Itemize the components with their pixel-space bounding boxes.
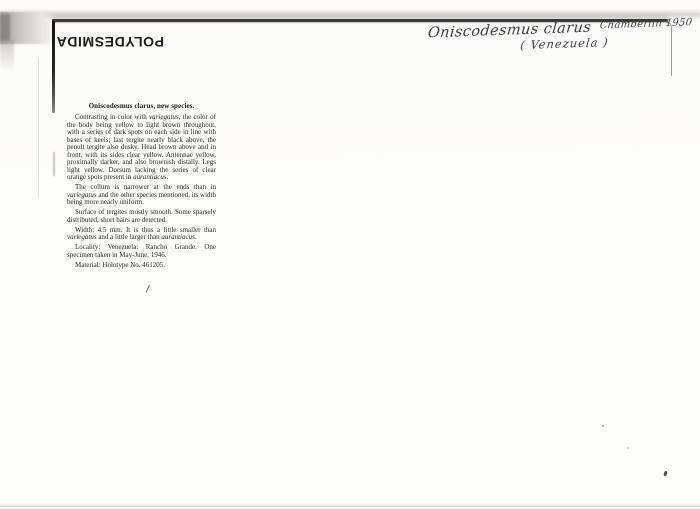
page-bottom-edge-shadow [0,503,700,507]
article-paragraph: Material: Holotype No. 461205. [67,262,216,270]
article-paragraph: Contrasting in color with variegatus, th… [67,114,216,182]
paragraph-text: . [167,173,169,181]
article-body: Contrasting in color with variegatus, th… [67,114,216,269]
article-heading: Oniscodesmus clarus, new species. [67,102,216,110]
left-margin-line [52,21,55,113]
scan-speck [602,425,604,427]
species-name-italic: aurantiacus [133,173,166,181]
top-left-corner-shadow-tail [0,40,14,72]
article-paragraph: Surface of tergites mostly smooth. Some … [67,209,216,224]
species-name-italic: aurantiacus [161,233,194,241]
top-left-corner-shadow-core [0,14,10,41]
scan-speck [663,471,667,477]
scan-speck [627,447,629,449]
paragraph-text: and a little larger than [97,233,162,241]
species-name-italic: variegatus [67,233,97,241]
left-margin-line-faint [53,152,55,176]
article-paragraph: Width: 4.5 mm. It is thus a little small… [67,227,216,242]
handwritten-author-year: Chamberlin 1950 [600,17,694,31]
species-description-article: Oniscodesmus clarus, new species. Contra… [67,102,216,272]
article-paragraph: Locality: Venezuela: Rancho Grande. One … [67,244,216,259]
paragraph-text: Material: Holotype No. 461205. [75,261,165,269]
journal-header-stamp: POLYDESMIDA [56,34,164,50]
paragraph-text: Locality: Venezuela: Rancho Grande. One … [67,243,216,259]
page-left-edge-line [38,58,39,198]
article-paragraph: The collum is narrower at the ends than … [67,184,216,207]
paragraph-text: . [195,233,197,241]
scanned-page: POLYDESMIDA Oniscodesmus clarus Chamberl… [0,0,700,509]
paragraph-text: , the color of the body being yellow to … [67,113,216,181]
pen-mark: / [145,284,150,295]
paragraph-text: Surface of tergites mostly smooth. Some … [67,208,216,224]
